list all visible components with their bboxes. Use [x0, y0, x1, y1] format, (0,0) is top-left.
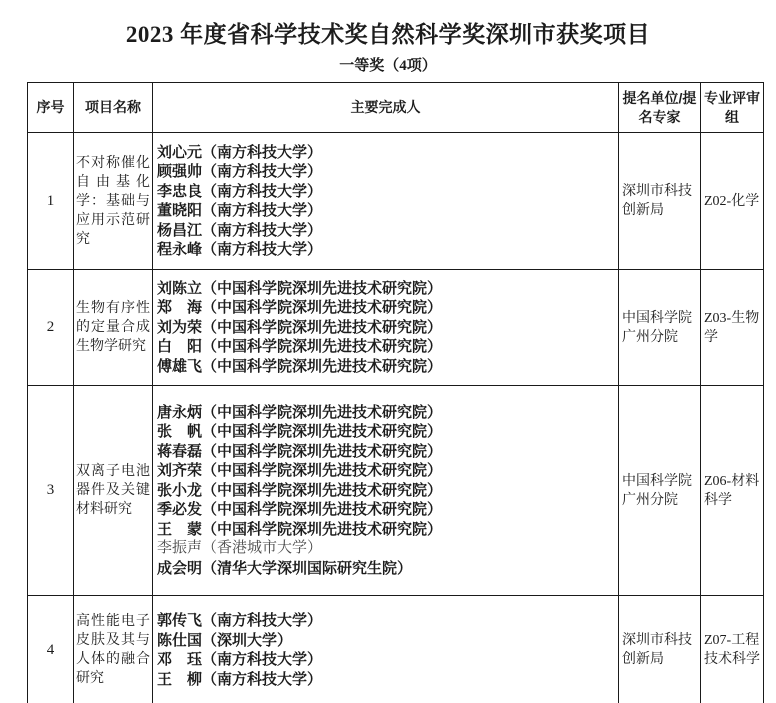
contributor-line: 李振声（香港城市大学）	[157, 539, 614, 559]
contributor-line: 蒋春磊（中国科学院深圳先进技术研究院）	[157, 442, 614, 462]
contributor-line: 郑 海（中国科学院深圳先进技术研究院）	[157, 298, 614, 318]
row-number: 4	[28, 596, 74, 703]
contributor-line: 成会明（清华大学深圳国际研究生院）	[157, 559, 614, 579]
nominator: 深圳市科技创新局	[619, 133, 701, 270]
contributor-line: 王 柳（南方科技大学）	[157, 670, 614, 690]
contributor-line: 顾强帅（南方科技大学）	[157, 162, 614, 182]
contributors-cell: 刘陈立（中国科学院深圳先进技术研究院）郑 海（中国科学院深圳先进技术研究院）刘为…	[153, 270, 619, 386]
contributor-line: 季必发（中国科学院深圳先进技术研究院）	[157, 500, 614, 520]
contributor-line: 傅雄飞（中国科学院深圳先进技术研究院）	[157, 357, 614, 377]
contributor-line: 唐永炳（中国科学院深圳先进技术研究院）	[157, 403, 614, 423]
contributor-line: 邓 珏（南方科技大学）	[157, 650, 614, 670]
header-nominator: 提名单位/提名专家	[619, 83, 701, 133]
review-group: Z03-生物学	[701, 270, 764, 386]
project-name: 生物有序性的定量合成生物学研究	[74, 270, 153, 386]
contributors-list: 唐永炳（中国科学院深圳先进技术研究院）张 帆（中国科学院深圳先进技术研究院）蒋春…	[157, 403, 614, 579]
contributors-cell: 唐永炳（中国科学院深圳先进技术研究院）张 帆（中国科学院深圳先进技术研究院）蒋春…	[153, 386, 619, 596]
contributor-line: 郭传飞（南方科技大学）	[157, 611, 614, 631]
page-title: 2023 年度省科学技术奖自然科学奖深圳市获奖项目	[0, 16, 776, 49]
project-name: 不对称催化自由基化学：基础与应用示范研究	[74, 133, 153, 270]
contributor-line: 董晓阳（南方科技大学）	[157, 201, 614, 221]
project-name: 双离子电池器件及关键材料研究	[74, 386, 153, 596]
table-row: 3 双离子电池器件及关键材料研究 唐永炳（中国科学院深圳先进技术研究院）张 帆（…	[28, 386, 764, 596]
header-no: 序号	[28, 83, 74, 133]
nominator: 中国科学院广州分院	[619, 270, 701, 386]
document: 2023 年度省科学技术奖自然科学奖深圳市获奖项目 一等奖（4项） 序号 项目名…	[0, 16, 776, 703]
page-subtitle: 一等奖（4项）	[0, 54, 776, 75]
project-name: 高性能电子皮肤及其与人体的融合研究	[74, 596, 153, 703]
contributor-line: 陈仕国（深圳大学）	[157, 631, 614, 651]
contributors-list: 郭传飞（南方科技大学）陈仕国（深圳大学）邓 珏（南方科技大学）王 柳（南方科技大…	[157, 611, 614, 689]
contributor-line: 刘为荣（中国科学院深圳先进技术研究院）	[157, 318, 614, 338]
contributor-line: 刘心元（南方科技大学）	[157, 143, 614, 163]
review-group: Z07-工程技术科学	[701, 596, 764, 703]
row-number: 1	[28, 133, 74, 270]
header-review-group: 专业评审组	[701, 83, 764, 133]
row-number: 3	[28, 386, 74, 596]
contributors-list: 刘陈立（中国科学院深圳先进技术研究院）郑 海（中国科学院深圳先进技术研究院）刘为…	[157, 279, 614, 377]
table-header-row: 序号 项目名称 主要完成人 提名单位/提名专家 专业评审组	[28, 83, 764, 133]
nominator: 中国科学院广州分院	[619, 386, 701, 596]
table-row: 2 生物有序性的定量合成生物学研究 刘陈立（中国科学院深圳先进技术研究院）郑 海…	[28, 270, 764, 386]
header-project: 项目名称	[74, 83, 153, 133]
contributor-line: 程永峰（南方科技大学）	[157, 240, 614, 260]
header-contributors: 主要完成人	[153, 83, 619, 133]
row-number: 2	[28, 270, 74, 386]
contributor-line: 李忠良（南方科技大学）	[157, 182, 614, 202]
review-group: Z02-化学	[701, 133, 764, 270]
contributors-cell: 郭传飞（南方科技大学）陈仕国（深圳大学）邓 珏（南方科技大学）王 柳（南方科技大…	[153, 596, 619, 703]
contributor-line: 王 蒙（中国科学院深圳先进技术研究院）	[157, 520, 614, 540]
contributor-line: 杨昌江（南方科技大学）	[157, 221, 614, 241]
contributors-list: 刘心元（南方科技大学）顾强帅（南方科技大学）李忠良（南方科技大学）董晓阳（南方科…	[157, 143, 614, 260]
contributor-line: 刘陈立（中国科学院深圳先进技术研究院）	[157, 279, 614, 299]
contributor-line: 张小龙（中国科学院深圳先进技术研究院）	[157, 481, 614, 501]
contributors-cell: 刘心元（南方科技大学）顾强帅（南方科技大学）李忠良（南方科技大学）董晓阳（南方科…	[153, 133, 619, 270]
nominator: 深圳市科技创新局	[619, 596, 701, 703]
table-row: 4 高性能电子皮肤及其与人体的融合研究 郭传飞（南方科技大学）陈仕国（深圳大学）…	[28, 596, 764, 703]
contributor-line: 刘齐荣（中国科学院深圳先进技术研究院）	[157, 461, 614, 481]
contributor-line: 张 帆（中国科学院深圳先进技术研究院）	[157, 422, 614, 442]
contributor-line: 白 阳（中国科学院深圳先进技术研究院）	[157, 337, 614, 357]
awards-table: 序号 项目名称 主要完成人 提名单位/提名专家 专业评审组 1 不对称催化自由基…	[27, 82, 764, 703]
table-row: 1 不对称催化自由基化学：基础与应用示范研究 刘心元（南方科技大学）顾强帅（南方…	[28, 133, 764, 270]
review-group: Z06-材料科学	[701, 386, 764, 596]
